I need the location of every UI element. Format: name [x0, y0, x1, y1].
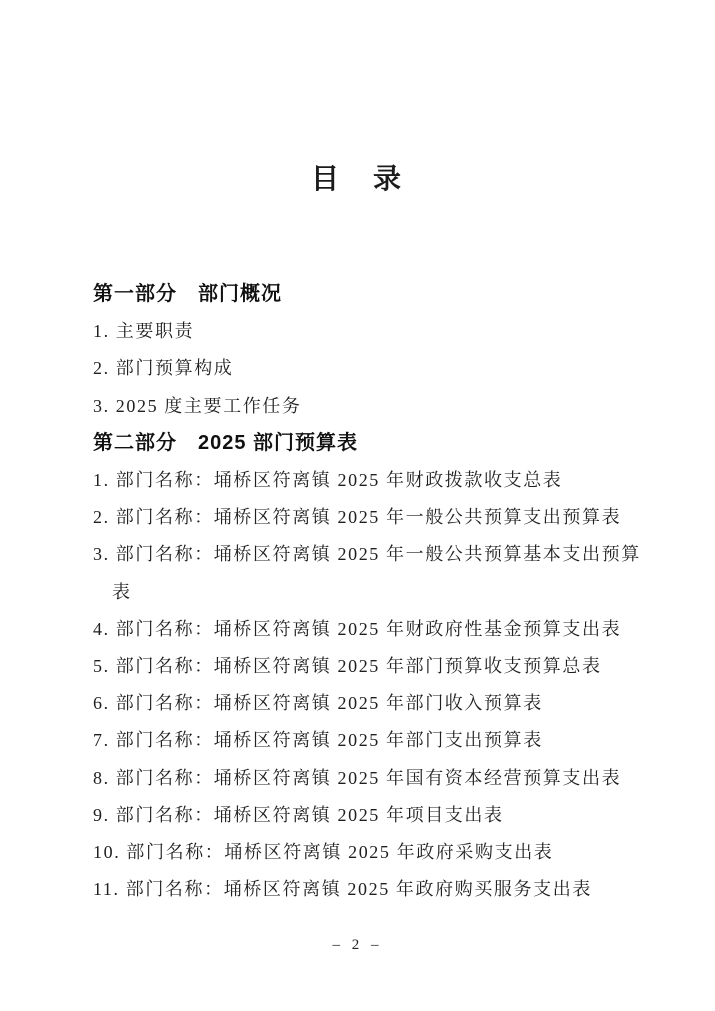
- document-page: 目 录 第一部分 部门概况1. 主要职责2. 部门预算构成3. 2025 度主要…: [0, 0, 715, 1011]
- toc-item-line: 2. 部门名称：埇桥区符离镇 2025 年一般公共预算支出预算表: [93, 499, 645, 536]
- toc-item-line: 1. 主要职责: [93, 313, 645, 350]
- page-title: 目 录: [0, 160, 715, 200]
- toc-item-line: 1. 部门名称：埇桥区符离镇 2025 年财政拨款收支总表: [93, 462, 645, 499]
- toc-item-line: 表: [93, 574, 645, 611]
- toc-item-line: 2. 部门预算构成: [93, 350, 645, 387]
- toc-item-line: 11. 部门名称：埇桥区符离镇 2025 年政府购买服务支出表: [93, 871, 645, 908]
- section-header: 第二部分 2025 部门预算表: [93, 425, 645, 462]
- table-of-contents: 第一部分 部门概况1. 主要职责2. 部门预算构成3. 2025 度主要工作任务…: [93, 276, 645, 908]
- toc-item-line: 10. 部门名称：埇桥区符离镇 2025 年政府采购支出表: [93, 834, 645, 871]
- page-number: – 2 –: [0, 934, 715, 956]
- toc-item-line: 3. 部门名称：埇桥区符离镇 2025 年一般公共预算基本支出预算: [93, 536, 645, 573]
- toc-item-line: 4. 部门名称：埇桥区符离镇 2025 年财政府性基金预算支出表: [93, 611, 645, 648]
- toc-item-line: 3. 2025 度主要工作任务: [93, 388, 645, 425]
- toc-item-line: 7. 部门名称：埇桥区符离镇 2025 年部门支出预算表: [93, 722, 645, 759]
- toc-item-line: 6. 部门名称：埇桥区符离镇 2025 年部门收入预算表: [93, 685, 645, 722]
- toc-item-line: 5. 部门名称：埇桥区符离镇 2025 年部门预算收支预算总表: [93, 648, 645, 685]
- toc-item-line: 8. 部门名称：埇桥区符离镇 2025 年国有资本经营预算支出表: [93, 760, 645, 797]
- section-header: 第一部分 部门概况: [93, 276, 645, 313]
- toc-item-line: 9. 部门名称：埇桥区符离镇 2025 年项目支出表: [93, 797, 645, 834]
